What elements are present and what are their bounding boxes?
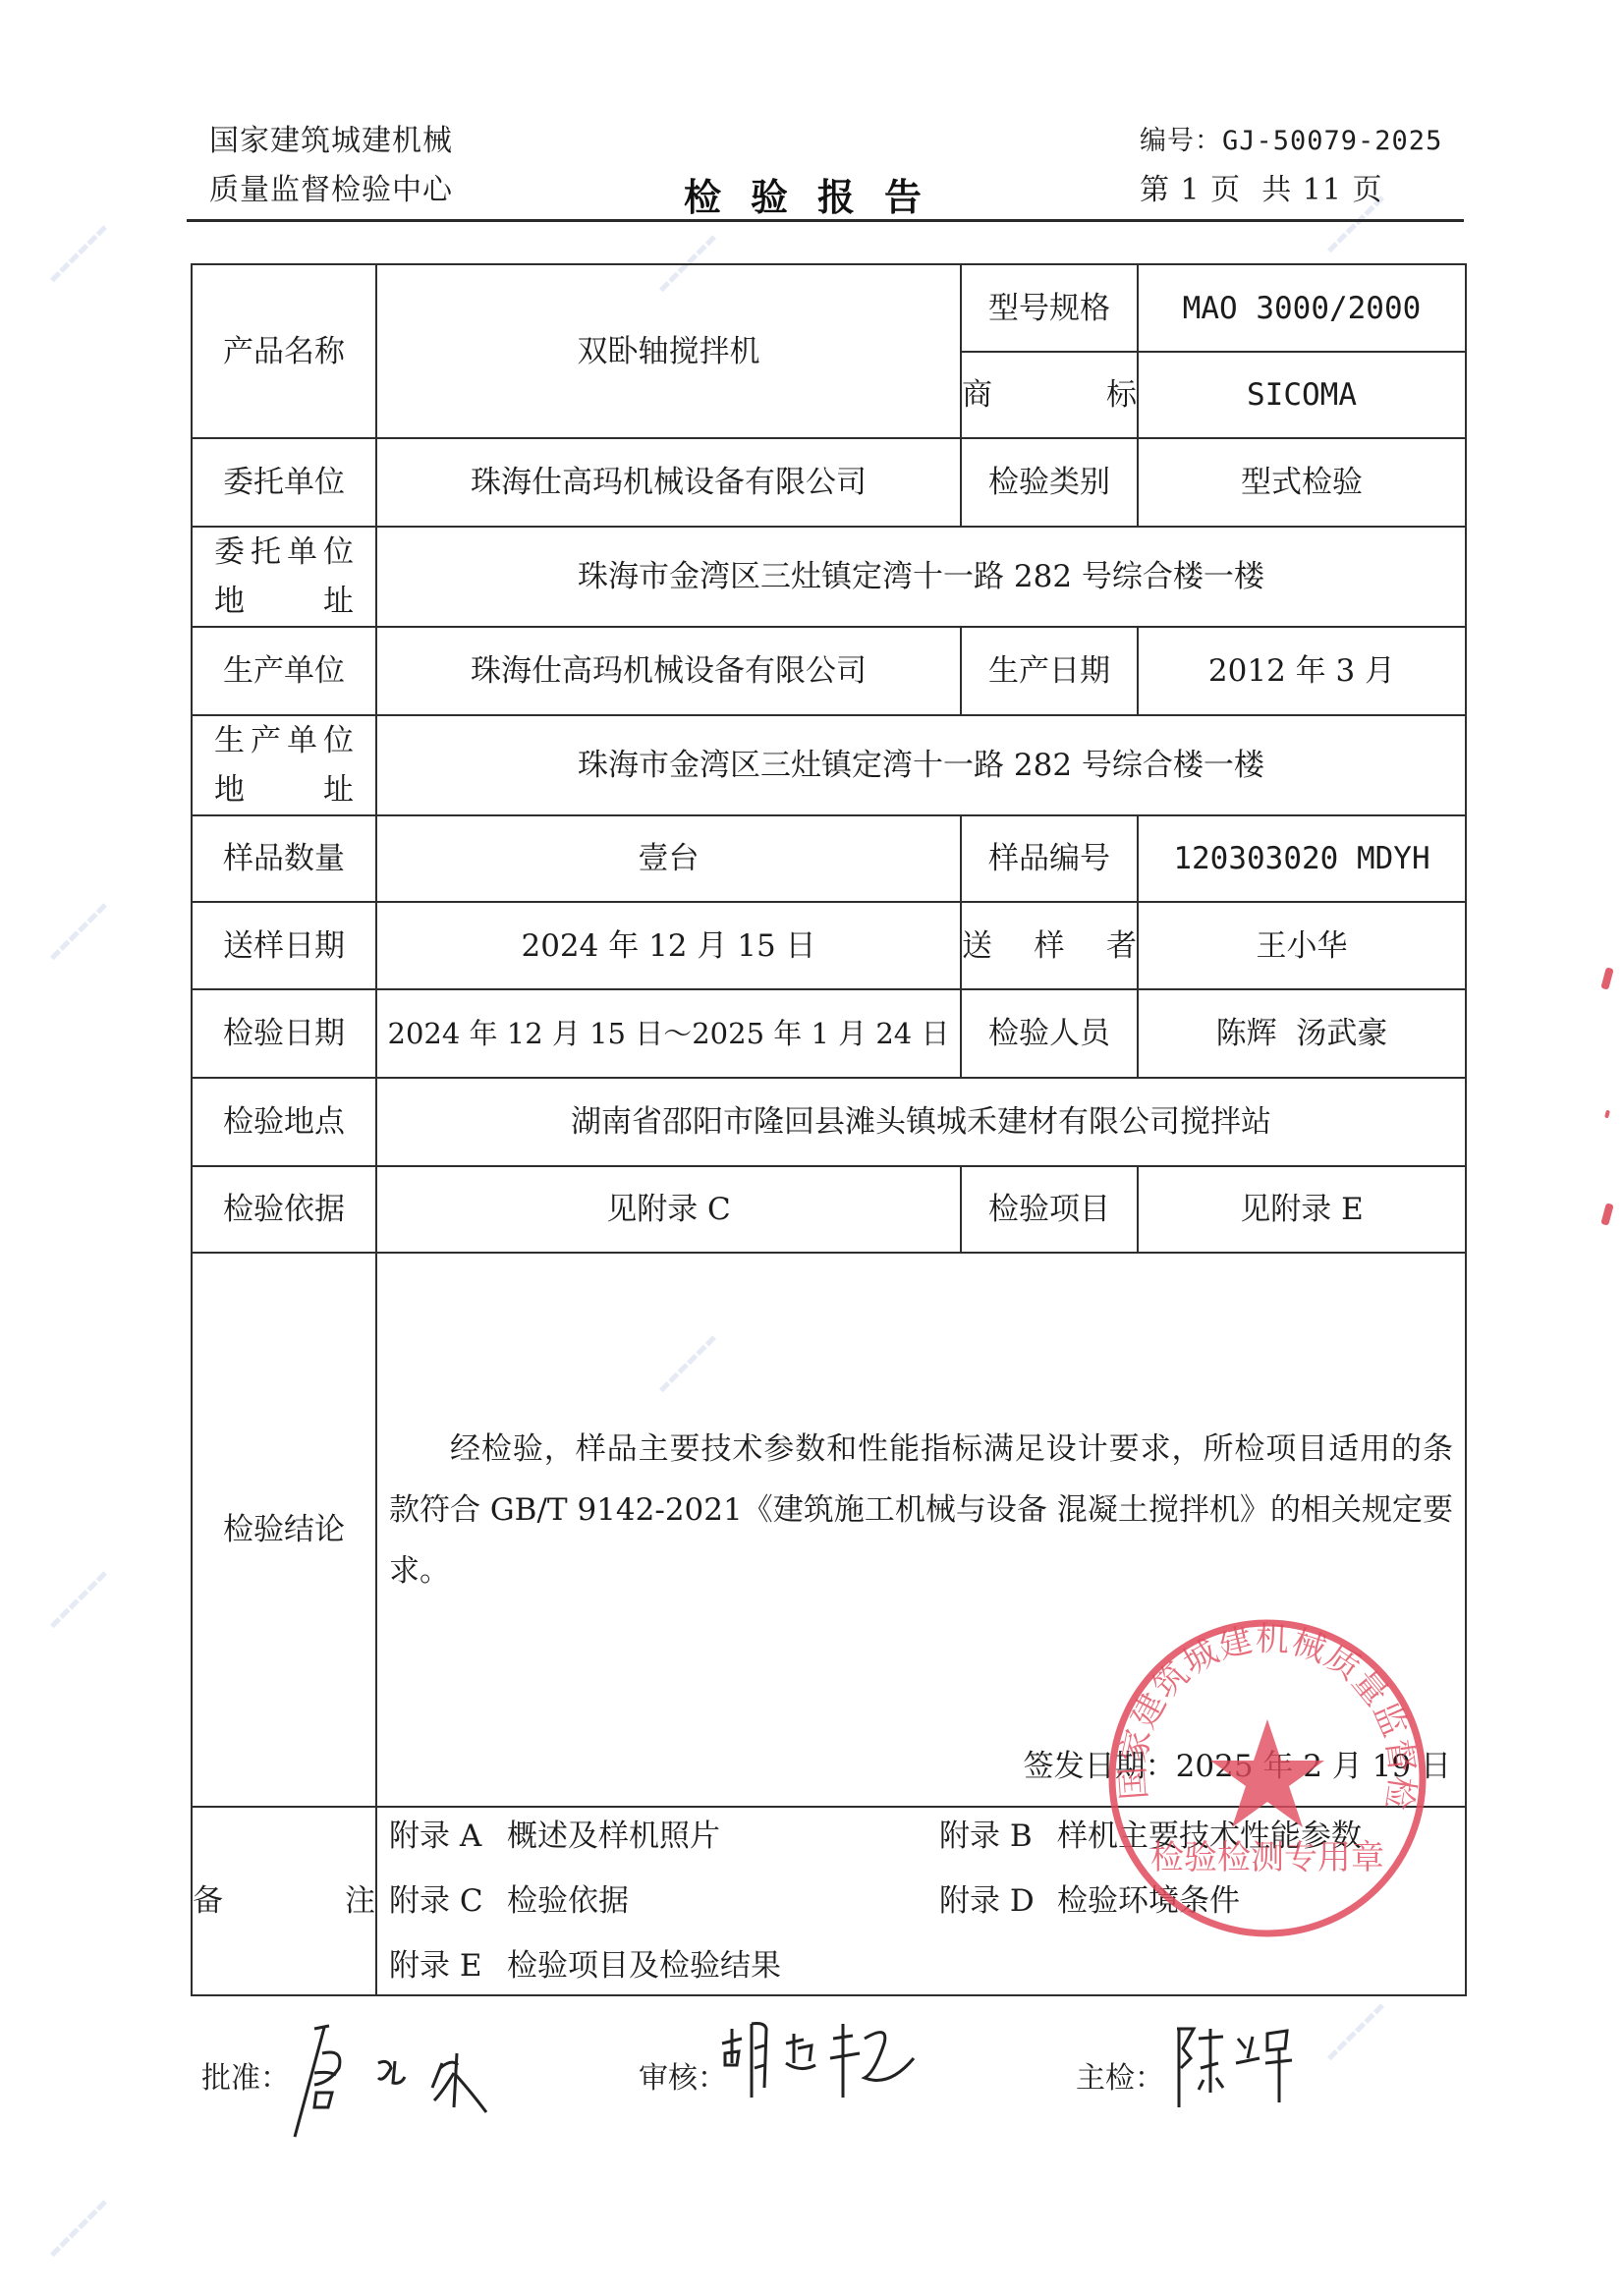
sender-label: 送样者 — [961, 902, 1138, 989]
client-label: 委托单位 — [192, 438, 376, 527]
client-value: 珠海仕高玛机械设备有限公司 — [376, 438, 961, 527]
test-basis-value: 见附录 C — [376, 1166, 961, 1253]
sample-qty-label: 样品数量 — [192, 815, 376, 902]
conclusion-cell: 经检验，样品主要技术参数和性能指标满足设计要求，所检项目适用的条款符合 GB/T… — [376, 1253, 1466, 1807]
appendix-item-a: 附录 A概述及样机照片 — [389, 1808, 939, 1865]
test-type-label: 检验类别 — [961, 438, 1138, 527]
production-date-value: 2012 年 3 月 — [1138, 627, 1466, 715]
seam-stamp-mark — [1600, 967, 1613, 989]
test-items-value: 见附录 E — [1138, 1166, 1466, 1253]
conclusion-label: 检验结论 — [192, 1253, 376, 1807]
manufacturer-address-label-line2: 地址 — [193, 765, 375, 814]
test-date-value: 2024 年 12 月 15 日～2025 年 1 月 24 日 — [376, 989, 961, 1078]
header-divider — [187, 219, 1464, 222]
lead-inspector-label: 主检： — [1076, 2053, 1164, 2097]
page-info: 第 1 页 共 11 页 — [1140, 173, 1382, 208]
approve-label: 批准： — [201, 2053, 290, 2097]
review-signature: 胡道彬 — [717, 2004, 973, 2112]
inspectors-label: 检验人员 — [961, 989, 1138, 1078]
notes-label: 备注 — [192, 1807, 376, 1995]
production-date-label: 生产日期 — [961, 627, 1138, 715]
issue-date: 签发日期：2025 年 2 月 19 日 — [1024, 1747, 1451, 1786]
conclusion-text: 经检验，样品主要技术参数和性能指标满足设计要求，所检项目适用的条款符合 GB/T… — [389, 1419, 1453, 1601]
client-address-label: 委托单位 地址 — [192, 527, 376, 627]
brand-value: SICOMA — [1138, 352, 1466, 438]
client-address-label-line1: 委托单位 — [193, 528, 375, 577]
test-location-value: 湖南省邵阳市隆回县滩头镇城禾建材有限公司搅拌站 — [376, 1078, 1466, 1166]
test-type-value: 型式检验 — [1138, 438, 1466, 527]
appendix-item-b: 附录 B样机主要技术性能参数 — [939, 1808, 1453, 1865]
report-table: 产品名称 双卧轴搅拌机 型号规格 MAO 3000/2000 商标 SICOMA… — [191, 263, 1467, 1996]
watermark: ▬▬▬▬▬▬ — [1322, 1998, 1388, 2064]
manufacturer-label: 生产单位 — [192, 627, 376, 715]
delivery-date-label: 送样日期 — [192, 902, 376, 989]
model-value: MAO 3000/2000 — [1138, 264, 1466, 352]
manufacturer-value: 珠海仕高玛机械设备有限公司 — [376, 627, 961, 715]
test-items-label: 检验项目 — [961, 1166, 1138, 1253]
sender-value: 王小华 — [1138, 902, 1466, 989]
product-name-label: 产品名称 — [192, 264, 376, 438]
org-name-line2: 质量监督检验中心 — [209, 173, 453, 208]
notes-cell: 附录 A概述及样机照片 附录 B样机主要技术性能参数 附录 C检验依据 附录 D… — [376, 1807, 1466, 1995]
sample-no-value: 120303020 MDYH — [1138, 815, 1466, 902]
appendix-item-e: 附录 E检验项目及检验结果 — [389, 1937, 939, 1994]
appendix-item-d: 附录 D检验环境条件 — [939, 1873, 1453, 1930]
appendix-list: 附录 A概述及样机照片 附录 B样机主要技术性能参数 附录 C检验依据 附录 D… — [389, 1808, 1453, 1994]
approve-signature: 唐民林 — [285, 2014, 540, 2142]
manufacturer-address-value: 珠海市金湾区三灶镇定湾十一路 282 号综合楼一楼 — [376, 715, 1466, 815]
client-address-label-line2: 地址 — [193, 577, 375, 626]
test-basis-label: 检验依据 — [192, 1166, 376, 1253]
sample-no-label: 样品编号 — [961, 815, 1138, 902]
sample-qty-value: 壹台 — [376, 815, 961, 902]
review-label: 审核： — [639, 2053, 727, 2097]
watermark: ▬▬▬▬▬▬ — [45, 2195, 111, 2261]
report-number: 编号：GJ-50079-2025 — [1140, 124, 1442, 159]
brand-label: 商标 — [961, 352, 1138, 438]
lead-inspector-signature: 陈辉 — [1169, 2019, 1316, 2117]
model-label: 型号规格 — [961, 264, 1138, 352]
client-address-value: 珠海市金湾区三灶镇定湾十一路 282 号综合楼一楼 — [376, 527, 1466, 627]
watermark: ▬▬▬▬▬▬ — [45, 1566, 111, 1632]
org-name-line1: 国家建筑城建机械 — [209, 124, 453, 159]
seam-stamp-mark — [1604, 1110, 1610, 1119]
watermark: ▬▬▬▬▬▬ — [45, 898, 111, 964]
manufacturer-address-label-line1: 生产单位 — [193, 716, 375, 765]
test-date-label: 检验日期 — [192, 989, 376, 1078]
inspectors-value: 陈辉 汤武豪 — [1138, 989, 1466, 1078]
watermark: ▬▬▬▬▬▬ — [45, 220, 111, 286]
test-location-label: 检验地点 — [192, 1078, 376, 1166]
product-name-value: 双卧轴搅拌机 — [376, 264, 961, 438]
seam-stamp-mark — [1600, 1203, 1613, 1225]
appendix-item-c: 附录 C检验依据 — [389, 1873, 939, 1930]
page-title: 检验报告 — [684, 167, 951, 221]
delivery-date-value: 2024 年 12 月 15 日 — [376, 902, 961, 989]
manufacturer-address-label: 生产单位 地址 — [192, 715, 376, 815]
